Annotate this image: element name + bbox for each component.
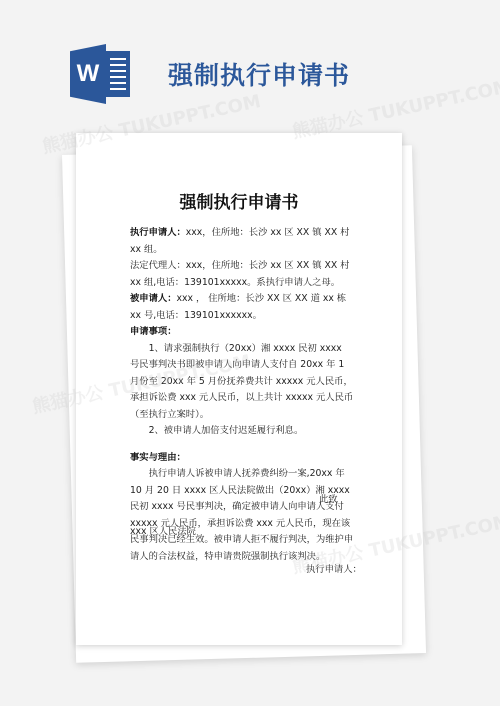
word-icon-lines [104,51,130,97]
respondent-label: 被申请人： [130,293,177,304]
header: W 强制执行申请书 [70,44,350,104]
legal-agent-line: 法定代理人：xxx，住所地：长沙 xx 区 XX 镇 XX 村 xx 组,电话：… [130,258,354,291]
facts-heading: 事实与理由： [130,450,354,467]
request-item-2: 2、被申请人加倍支付迟延履行利息。 [130,423,354,440]
closing-salutation: 此致 [319,491,338,505]
document-body: 执行申请人：xxx，住所地：长沙 xx 区 XX 镇 XX 村 xx 组。 法定… [130,225,354,565]
request-items-heading: 申请事项： [130,324,354,341]
document-title: 强制执行申请书 [76,188,402,213]
court-name: xxx 区人民法院 [130,523,196,537]
facts-body: 执行申请人诉被申请人抚养费纠纷一案,20xx 年 10 月 20 日 xxxx … [130,466,354,565]
document-page: 强制执行申请书 执行申请人：xxx，住所地：长沙 xx 区 XX 镇 XX 村 … [76,133,402,645]
request-item-1: 1、请求强制执行（20xx）湘 xxxx 民初 xxxx 号民事判决书即被申请人… [130,341,354,424]
respondent-line: 被申请人：xxx ， 住所地：长沙 XX 区 XX 道 xx 栋 xx 号,电话… [130,291,354,324]
word-icon: W [70,44,134,104]
word-icon-cover: W [70,44,106,104]
applicant-label: 执行申请人： [130,227,186,238]
header-title: 强制执行申请书 [168,56,350,92]
request-items-heading-text: 申请事项： [130,326,177,337]
facts-heading-text: 事实与理由： [130,452,186,463]
legal-agent-label: 法定代理人： [130,260,186,271]
signature-label: 执行申请人： [306,561,362,575]
applicant-line: 执行申请人：xxx，住所地：长沙 xx 区 XX 镇 XX 村 xx 组。 [130,225,354,258]
